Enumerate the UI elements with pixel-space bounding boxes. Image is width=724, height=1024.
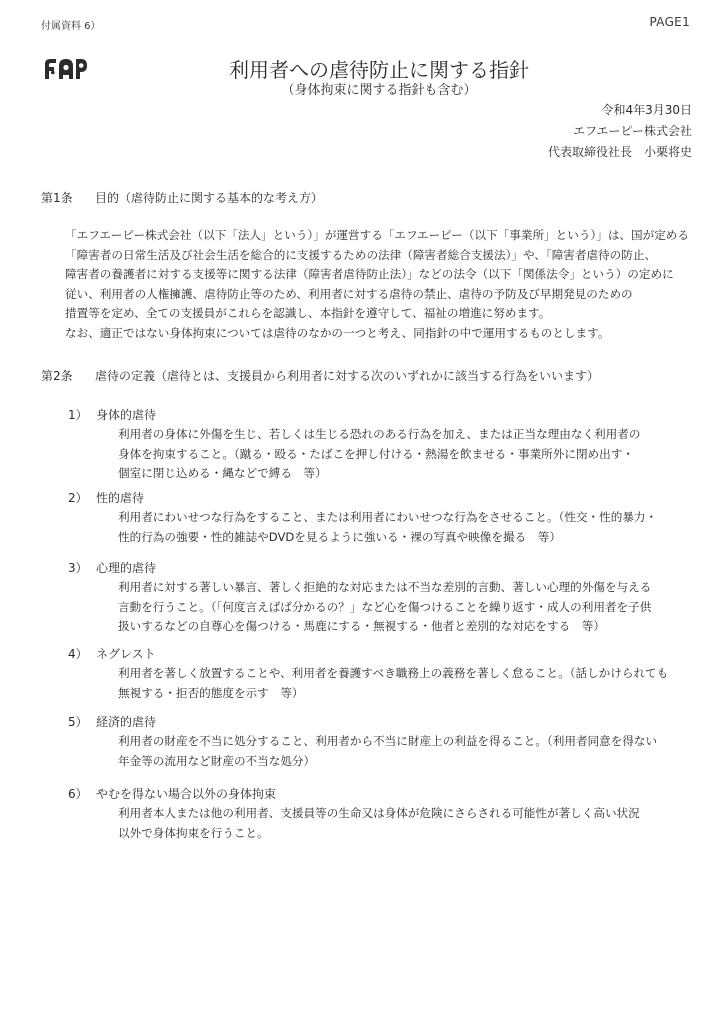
item-2-body: 利用者にわいせつな行為をすること、または利用者にわいせつな行為をさせること。（性… (118, 508, 657, 547)
article-title: 目的（虐待防止に関する基本的な考え方） (95, 191, 323, 205)
item-5-body: 利用者の財産を不当に処分すること、利用者から不当に財産上の利益を得ること。（利用… (118, 732, 657, 771)
item-line: 個室に閉じ込める・縄などで縛る 等） (118, 464, 640, 484)
article-1-heading: 第1条目的（虐待防止に関する基本的な考え方） (41, 189, 323, 206)
item-line: 利用者の身体に外傷を生じ、若しくは生じる恐れのある行為を加え、または正当な理由な… (118, 425, 640, 445)
paragraph-line: 措置等を定め、全ての支援員がこれらを認識し、本指針を遵守して、福祉の増進に努めま… (65, 304, 689, 324)
item-1-title: 身体的虐待 (96, 406, 156, 423)
item-3-number: 3） (68, 559, 88, 576)
item-line: 以外で身体拘束を行うこと。 (118, 824, 640, 844)
page-number: PAGE1 (650, 15, 690, 29)
item-line: 利用者本人または他の利用者、支援員等の生命又は身体が危険にさらされる可能性が著し… (118, 804, 640, 824)
item-line: 利用者の財産を不当に処分すること、利用者から不当に財産上の利益を得ること。（利用… (118, 732, 657, 752)
item-3-body: 利用者に対する著しい暴言、著しく拒絶的な対応または不当な差別的言動、著しい心理的… (118, 578, 651, 637)
item-line: 年金等の流用など財産の不当な処分） (118, 752, 657, 772)
document-subtitle: （身体拘束に関する指針も含む） (0, 79, 724, 98)
signature-block: 令和4年3月30日 エフエーピー株式会社 代表取締役社長 小栗将史 (548, 100, 692, 163)
paragraph-line: 従い、利用者の人権擁護、虐待防止等のため、利用者に対する虐待の禁止、虐待の予防及… (65, 285, 689, 305)
item-line: 利用者を著しく放置することや、利用者を養護すべき職務上の義務を著しく怠ること。（… (118, 664, 668, 684)
article-number: 第2条 (41, 367, 95, 384)
article-1-body: 「エフエーピー株式会社（以下「法人」という）」が運営する「エフエーピー（以下「事… (65, 226, 689, 343)
item-5-title: 経済的虐待 (96, 713, 156, 730)
item-6-title: やむを得ない場合以外の身体拘束 (96, 785, 276, 802)
item-3-title: 心理的虐待 (96, 559, 156, 576)
item-line: 言動を行うこと。（「何度言えばば分かるの？」など心を傷つけることを繰り返す・成人… (118, 598, 651, 618)
item-line: 利用者にわいせつな行為をすること、または利用者にわいせつな行為をさせること。（性… (118, 508, 657, 528)
item-6-body: 利用者本人または他の利用者、支援員等の生命又は身体が危険にさらされる可能性が著し… (118, 804, 640, 843)
item-line: 利用者に対する著しい暴言、著しく拒絶的な対応または不当な差別的言動、著しい心理的… (118, 578, 651, 598)
paragraph-line: 障害者の養護者に対する支援等に関する法律（障害者虐待防止法）」などの法令（以下「… (65, 265, 689, 285)
company-name: エフエーピー株式会社 (548, 121, 692, 142)
item-4-number: 4） (68, 645, 88, 662)
item-4-body: 利用者を著しく放置することや、利用者を養護すべき職務上の義務を著しく怠ること。（… (118, 664, 668, 703)
article-2-heading: 第2条虐待の定義（虐待とは、支援員から利用者に対する次のいずれかに該当する行為を… (41, 367, 599, 384)
item-4-title: ネグレスト (96, 645, 156, 662)
representative-name: 代表取締役社長 小栗将史 (548, 142, 692, 163)
item-1-body: 利用者の身体に外傷を生じ、若しくは生じる恐れのある行為を加え、または正当な理由な… (118, 425, 640, 484)
article-title: 虐待の定義（虐待とは、支援員から利用者に対する次のいずれかに該当する行為をいいま… (95, 369, 599, 383)
attachment-label: 付属資料 6） (41, 17, 101, 32)
item-line: 身体を拘束すること。（蹴る・殴る・たばこを押し付ける・熱湯を飲ませる・事業所外に… (118, 445, 640, 465)
paragraph-line: なお、適正ではない身体拘束については虐待のなかの一つと考え、同指針の中で運用する… (65, 324, 689, 344)
paragraph-line: 「障害者の日常生活及び社会生活を総合的に支援するための法律（障害者総合支援法）」… (65, 246, 689, 266)
item-line: 無視する・拒否的態度を示す 等） (118, 684, 668, 704)
item-2-title: 性的虐待 (96, 489, 144, 506)
paragraph-line: 「エフエーピー株式会社（以下「法人」という）」が運営する「エフエーピー（以下「事… (65, 226, 689, 246)
item-line: 性的行為の強要・性的雑誌やDVDを見るように強いる・裸の写真や映像を撮る 等） (118, 528, 657, 548)
article-number: 第1条 (41, 189, 95, 206)
issue-date: 令和4年3月30日 (548, 100, 692, 121)
item-1-number: 1） (68, 406, 88, 423)
item-5-number: 5） (68, 713, 88, 730)
item-2-number: 2） (68, 489, 88, 506)
item-line: 扱いするなどの自尊心を傷つける・馬鹿にする・無視する・他者と差別的な対応をする … (118, 617, 651, 637)
item-6-number: 6） (68, 785, 88, 802)
